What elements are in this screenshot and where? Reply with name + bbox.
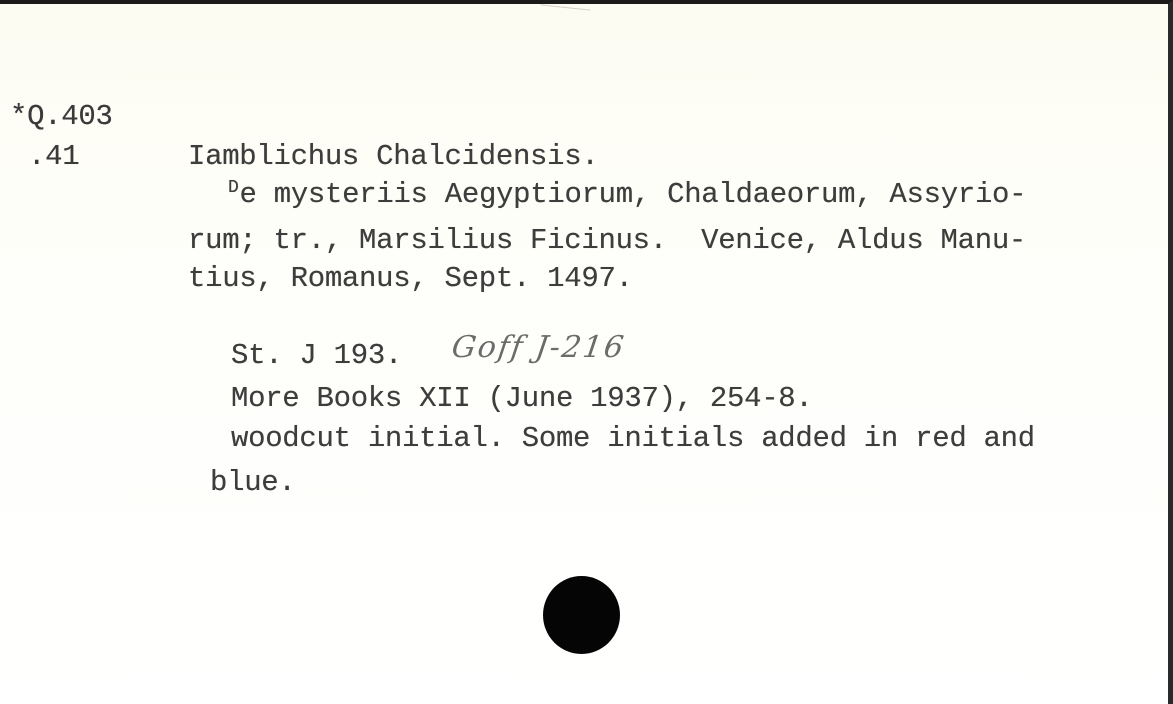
- pencil-mark: [540, 4, 591, 20]
- reference-handwritten: Goff J-216: [450, 330, 628, 365]
- title-line1: De mysteriis Aegyptiorum, Chaldaeorum, A…: [228, 180, 1026, 209]
- description-line1: woodcut initial. Some initials added in …: [231, 424, 1035, 453]
- description-line2: blue.: [210, 468, 296, 497]
- call-number-line2: .41: [28, 142, 79, 171]
- title-line3: tius, Romanus, Sept. 1497.: [188, 264, 633, 293]
- card-punch-hole: [543, 576, 620, 654]
- call-number-line1: *Q.403: [10, 102, 113, 131]
- more-books-reference: More Books XII (June 1937), 254-8.: [231, 384, 813, 413]
- author-heading: Iamblichus Chalcidensis.: [188, 142, 598, 171]
- title-line1-text: e mysteriis Aegyptiorum, Chaldaeorum, As…: [240, 178, 1027, 211]
- title-line2: rum; tr., Marsilius Ficinus. Venice, Ald…: [188, 226, 1026, 255]
- reference-typed: St. J 193.: [231, 341, 402, 370]
- catalog-card: *Q.403 .41 Iamblichus Chalcidensis. De m…: [0, 0, 1173, 704]
- title-initial: D: [228, 178, 239, 198]
